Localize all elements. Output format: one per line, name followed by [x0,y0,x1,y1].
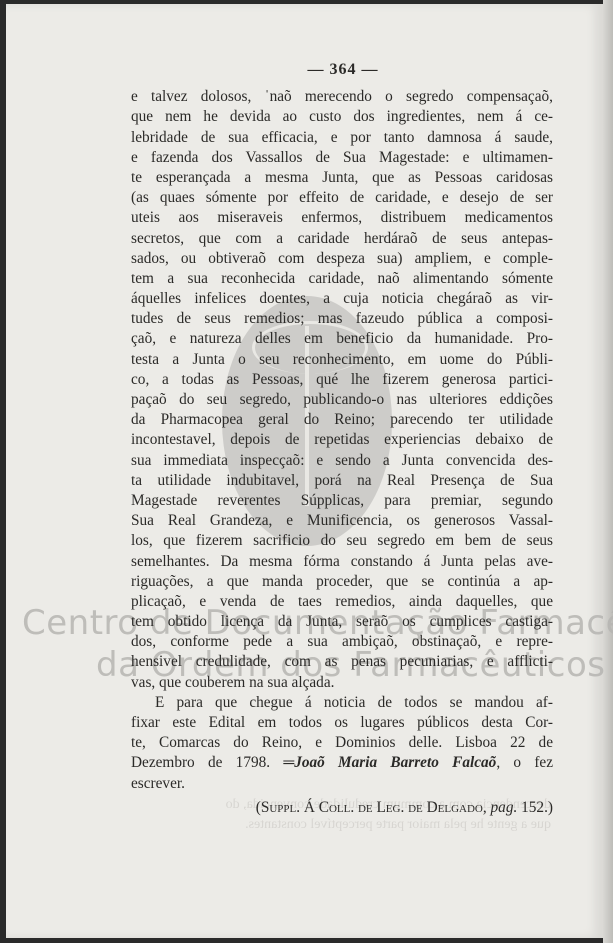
text-line: testa a Junta o seu reconhecimento, em u… [131,350,553,370]
date-suffix: , o fez [496,754,553,771]
text-line: sua immediata inspecçaõ: e sendo a Junta… [131,451,553,471]
text-line: incontestavel, depois de repetidas exper… [131,430,553,450]
page-text: — 364 — e talvez dolosos, ˈnaõ merecendo… [131,60,553,818]
text-line: tem obtido licença da Junta, seraõ os cu… [131,612,553,632]
text-line: que nem he devida ao custo dos ingredien… [131,107,553,127]
text-line: escrever. [131,774,553,794]
signature: Joaõ Maria Barreto Falcaõ [294,754,496,771]
text-line: riguações, a que manda proceder, que se … [131,572,553,592]
body-paragraph: e talvez dolosos, ˈnaõ merecendo o segre… [131,87,553,693]
text-line: da Pharmacopea geral do Reino; parecendo… [131,410,553,430]
text-line: te, Comarcas do Reino, e Dominios delle.… [131,733,553,753]
text-line: çaõ, e natureza delles em beneficio da h… [131,329,553,349]
text-line: Sua Real Grandeza, e Munificencia, os ge… [131,511,553,531]
text-line: áquelles infelices doentes, a cuja notic… [131,289,553,309]
text-line: los, que fizerem sacrificio do seu segre… [131,531,553,551]
citation: (Suppl. Á Coll. de Leg. de Delgado, pag.… [131,798,553,818]
text-line: ta utilidade indubitavel, porá na Real P… [131,471,553,491]
text-line: fixar este Edital em todos os lugares pú… [131,713,553,733]
text-line: E para que chegue á noticia de todos se … [131,693,553,713]
text-line: plicaçaõ, e venda de taes remedios, aind… [131,592,553,612]
text-line: e fazenda dos Vassallos de Sua Magestade… [131,148,553,168]
text-line: dos, conforme pede a sua ambiçaõ, obstin… [131,632,553,652]
text-line: vas, que couberem na sua alçada. [131,673,553,693]
text-line: secretos, que com a caridade herdáraõ de… [131,229,553,249]
page-edge-shadow [603,0,613,943]
text-line: co, a todas as Pessoas, qué lhe fizerem … [131,370,553,390]
text-line: lebridade de sua efficacia, e por tanto … [131,128,553,148]
bleed-line: que a gente he pela maior parte perceptí… [131,815,551,835]
text-line: semelhantes. Da mesma fórma constando á … [131,552,553,572]
text-line: Magestade reverentes Súpplicas, para pre… [131,491,553,511]
text-line: te esperançada a mesma Junta, que as Pes… [131,168,553,188]
date-signature-line: Dezembro de 1798. ═Joaõ Maria Barreto Fa… [131,753,553,773]
text-line: e talvez dolosos, ˈnaõ merecendo o segre… [131,87,553,107]
text-line: (as quaes sómente por effeito de caridad… [131,188,553,208]
text-line: tem a sua reconhecida caridade, naõ alim… [131,269,553,289]
text-line: uteis aos miseraveis enfermos, distribue… [131,208,553,228]
date-text: Dezembro de 1798. ═ [131,754,294,771]
page-number: — 364 — [133,60,553,80]
text-line: sados, ou obtiveraõ com despeza sua) amp… [131,249,553,269]
text-line: tudes de seus remedios; mas fazeudo públ… [131,309,553,329]
text-line: paçaõ do seu segredo, publicando-o nas u… [131,390,553,410]
text-line: hensivel credulidade, com as penas pecun… [131,652,553,672]
